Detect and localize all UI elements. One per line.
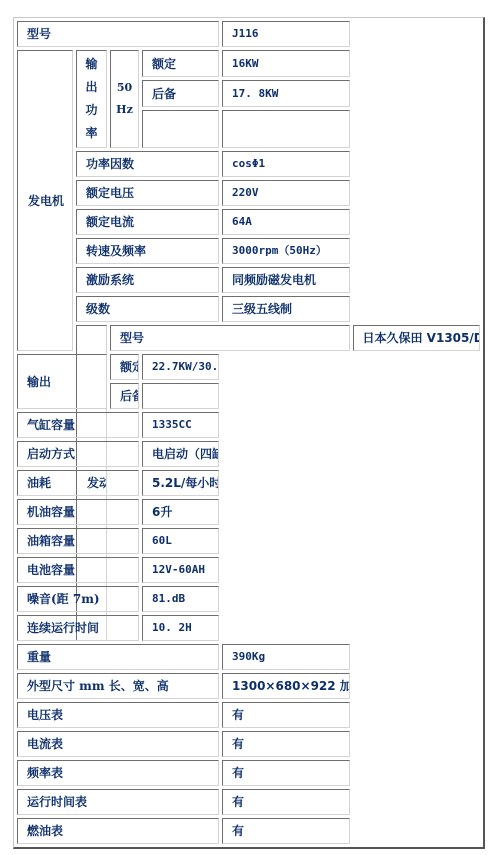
row-gen-power-factor: 功率因数 cosΦ1 bbox=[17, 151, 480, 177]
gen-output-rated-label: 额定 bbox=[142, 50, 219, 77]
gen-rated-voltage-label: 额定电压 bbox=[76, 180, 219, 206]
engine-fuel-consumption-value: 5.2L/每小时（全负载） bbox=[142, 470, 219, 496]
weight-label: 重量 bbox=[17, 644, 219, 670]
dimensions-value: 1300×680×922 加轮 1100mm bbox=[222, 673, 349, 699]
fuel-gauge-value: 有 bbox=[222, 818, 349, 844]
gen-output-rated-value: 16KW bbox=[222, 50, 349, 77]
gen-output-empty-label bbox=[142, 110, 219, 148]
gen-output-power-char: 功 bbox=[77, 99, 106, 122]
spec-table: 型号 J116 发电机 输 出 功 率 50 Hz 额定 16KW 后备 17.… bbox=[13, 17, 485, 849]
gen-speed-frequency-label: 转速及频率 bbox=[76, 238, 219, 264]
frequency-meter-value: 有 bbox=[222, 760, 349, 786]
engine-oil-capacity-label: 机油容量 bbox=[17, 499, 139, 525]
gen-phases-label: 级数 bbox=[76, 296, 219, 322]
row-ammeter: 电流表 有 bbox=[17, 731, 480, 757]
gen-rated-voltage-value: 220V bbox=[222, 180, 349, 206]
gen-output-power-char: 出 bbox=[77, 76, 106, 99]
gen-excitation-label: 激励系统 bbox=[76, 267, 219, 293]
engine-model-value: 日本久保田 V1305/D1005T bbox=[353, 325, 481, 351]
row-fuel-gauge: 燃油表 有 bbox=[17, 818, 480, 844]
row-weight: 重量 390Kg bbox=[17, 644, 480, 670]
hour-meter-value: 有 bbox=[222, 789, 349, 815]
row-model: 型号 J116 bbox=[17, 21, 480, 47]
row-engine-noise: 噪音(距 7m) 81.dB bbox=[17, 586, 480, 612]
engine-displacement-label: 气缸容量 bbox=[17, 412, 139, 438]
row-engine-output-rated: 输出 额定 22.7KW/30.4PS -3000rpm bbox=[17, 354, 480, 380]
gen-power-factor-value: cosΦ1 bbox=[222, 151, 349, 177]
weight-value: 390Kg bbox=[222, 644, 349, 670]
gen-frequency-unit: Hz bbox=[111, 99, 138, 121]
row-engine-start-method: 启动方式 电启动（四缸日本进口久保田水冷发动机） bbox=[17, 441, 480, 467]
ammeter-label: 电流表 bbox=[17, 731, 219, 757]
model-value: J116 bbox=[222, 21, 349, 47]
row-engine-runtime: 连续运行时间 10. 2H bbox=[17, 615, 480, 641]
engine-runtime-label: 连续运行时间 bbox=[17, 615, 139, 641]
engine-battery-capacity-label: 电池容量 bbox=[17, 557, 139, 583]
gen-phases-value: 三级五线制 bbox=[222, 296, 349, 322]
row-engine-battery-capacity: 电池容量 12V-60AH bbox=[17, 557, 480, 583]
row-voltmeter: 电压表 有 bbox=[17, 702, 480, 728]
row-dimensions: 外型尺寸 mm 长、宽、高 1300×680×922 加轮 1100mm bbox=[17, 673, 480, 699]
fuel-gauge-label: 燃油表 bbox=[17, 818, 219, 844]
engine-displacement-value: 1335CC bbox=[142, 412, 219, 438]
dimensions-label: 外型尺寸 mm 长、宽、高 bbox=[17, 673, 219, 699]
row-gen-excitation: 激励系统 同频励磁发电机 bbox=[17, 267, 480, 293]
engine-output-standby-value bbox=[142, 383, 219, 409]
engine-model-label: 型号 bbox=[110, 325, 350, 351]
gen-frequency-cell: 50 Hz bbox=[110, 50, 139, 148]
row-gen-output-rated: 发电机 输 出 功 率 50 Hz 额定 16KW bbox=[17, 50, 480, 77]
row-gen-speed-frequency: 转速及频率 3000rpm（50Hz） bbox=[17, 238, 480, 264]
gen-rated-current-value: 64A bbox=[222, 209, 349, 235]
row-gen-phases: 级数 三级五线制 bbox=[17, 296, 480, 322]
row-engine-tank-capacity: 油箱容量 60L bbox=[17, 528, 480, 554]
row-engine-oil-capacity: 机油容量 6升 bbox=[17, 499, 480, 525]
gen-output-empty-value bbox=[222, 110, 349, 148]
engine-battery-capacity-value: 12V-60AH bbox=[142, 557, 219, 583]
row-gen-rated-voltage: 额定电压 220V bbox=[17, 180, 480, 206]
engine-runtime-value: 10. 2H bbox=[142, 615, 219, 641]
generator-group-label: 发电机 bbox=[17, 50, 73, 351]
voltmeter-value: 有 bbox=[222, 702, 349, 728]
row-hour-meter: 运行时间表 有 bbox=[17, 789, 480, 815]
row-engine-model: 发动机 型号 日本久保田 V1305/D1005T bbox=[17, 325, 480, 351]
gen-frequency-value: 50 bbox=[111, 77, 138, 99]
gen-output-power-char: 输 bbox=[77, 53, 106, 76]
voltmeter-label: 电压表 bbox=[17, 702, 219, 728]
engine-oil-capacity-value: 6升 bbox=[142, 499, 219, 525]
gen-rated-current-label: 额定电流 bbox=[76, 209, 219, 235]
engine-start-method-label: 启动方式 bbox=[17, 441, 139, 467]
engine-start-method-value: 电启动（四缸日本进口久保田水冷发动机） bbox=[142, 441, 219, 467]
gen-power-factor-label: 功率因数 bbox=[76, 151, 219, 177]
engine-output-rated-value: 22.7KW/30.4PS -3000rpm bbox=[142, 354, 219, 380]
row-gen-rated-current: 额定电流 64A bbox=[17, 209, 480, 235]
engine-output-standby-label: 后备 bbox=[110, 383, 139, 409]
gen-output-power-label: 输 出 功 率 bbox=[76, 50, 107, 148]
row-frequency-meter: 频率表 有 bbox=[17, 760, 480, 786]
gen-speed-frequency-value: 3000rpm（50Hz） bbox=[222, 238, 349, 264]
ammeter-value: 有 bbox=[222, 731, 349, 757]
gen-output-standby-value: 17. 8KW bbox=[222, 80, 349, 107]
gen-output-standby-label: 后备 bbox=[142, 80, 219, 107]
row-engine-displacement: 气缸容量 1335CC bbox=[17, 412, 480, 438]
engine-output-rated-label: 额定 bbox=[110, 354, 139, 380]
gen-output-power-char: 率 bbox=[77, 122, 106, 145]
model-label: 型号 bbox=[17, 21, 219, 47]
gen-excitation-value: 同频励磁发电机 bbox=[222, 267, 349, 293]
engine-noise-value: 81.dB bbox=[142, 586, 219, 612]
frequency-meter-label: 频率表 bbox=[17, 760, 219, 786]
engine-tank-capacity-value: 60L bbox=[142, 528, 219, 554]
engine-fuel-consumption-label: 油耗 bbox=[17, 470, 139, 496]
hour-meter-label: 运行时间表 bbox=[17, 789, 219, 815]
engine-noise-label: 噪音(距 7m) bbox=[17, 586, 139, 612]
engine-output-label: 输出 bbox=[17, 354, 107, 409]
engine-tank-capacity-label: 油箱容量 bbox=[17, 528, 139, 554]
